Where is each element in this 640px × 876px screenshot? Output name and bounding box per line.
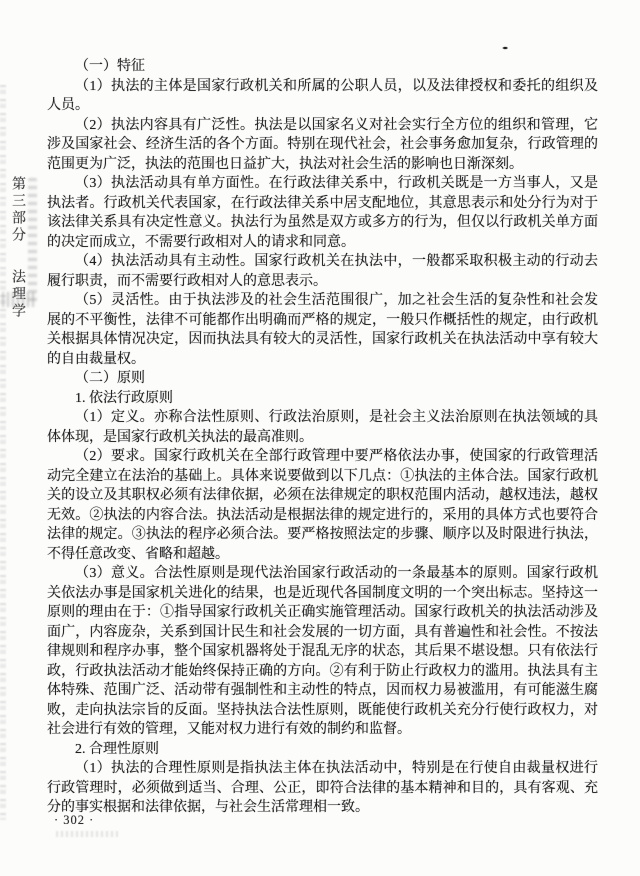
section-subheading: （二）原则 [47,369,598,389]
body-paragraph: （2）执法内容具有广泛性。执法是以国家名义对社会实行全方位的组织和管理，它涉及国… [47,116,598,175]
section-subheading: 1. 依法行政原则 [47,389,598,409]
section-subheading: （一）特征 [47,57,598,77]
body-paragraph: （2）要求。国家行政机关在全部行政管理中要严格依法办事，使国家的行政管理活动完全… [47,447,598,564]
section-subheading: 2. 合理性原则 [47,740,598,760]
page-number: · 302 · [54,813,94,828]
page-text-column: （一）特征 （1）执法的主体是国家行政机关和所属的公职人员，以及法律授权和委托的… [47,57,598,818]
body-paragraph: （3）执法活动具有单方面性。在行政法律关系中，行政机关既是一方当事人，又是执法者… [47,174,598,252]
body-paragraph: （1）执法的合理性原则是指执法主体在执法活动中，特别是在行使自由裁量权进行行政管… [47,759,598,818]
scan-smudge [2,292,36,307]
part-number-label: 第三部分 [10,176,25,244]
ink-speck [501,46,508,50]
body-paragraph: （1）执法的主体是国家行政机关和所属的公职人员，以及法律授权和委托的组织及人员。 [47,77,598,116]
scan-edge-noise [0,85,6,820]
scan-smudge [56,831,118,837]
ink-bleed-ghost [28,178,37,302]
body-paragraph: （1）定义。亦称合法性原则、行政法治原则，是社会主义法治原则在执法领域的具体体现… [47,408,598,447]
body-paragraph: （3）意义。合法性原则是现代法治国家行政活动的一条最基本的原则。国家行政机关依法… [47,564,598,740]
book-page: 第三部分 法理学 （一）特征 （1）执法的主体是国家行政机关和所属的公职人员，以… [0,0,640,876]
body-paragraph: （4）执法活动具有主动性。国家行政机关在执法中，一般都采取积极主动的行动去履行职… [47,252,598,291]
body-paragraph: （5）灵活性。由于执法涉及的社会生活范围很广，加之社会生活的复杂性和社会发展的不… [47,291,598,369]
